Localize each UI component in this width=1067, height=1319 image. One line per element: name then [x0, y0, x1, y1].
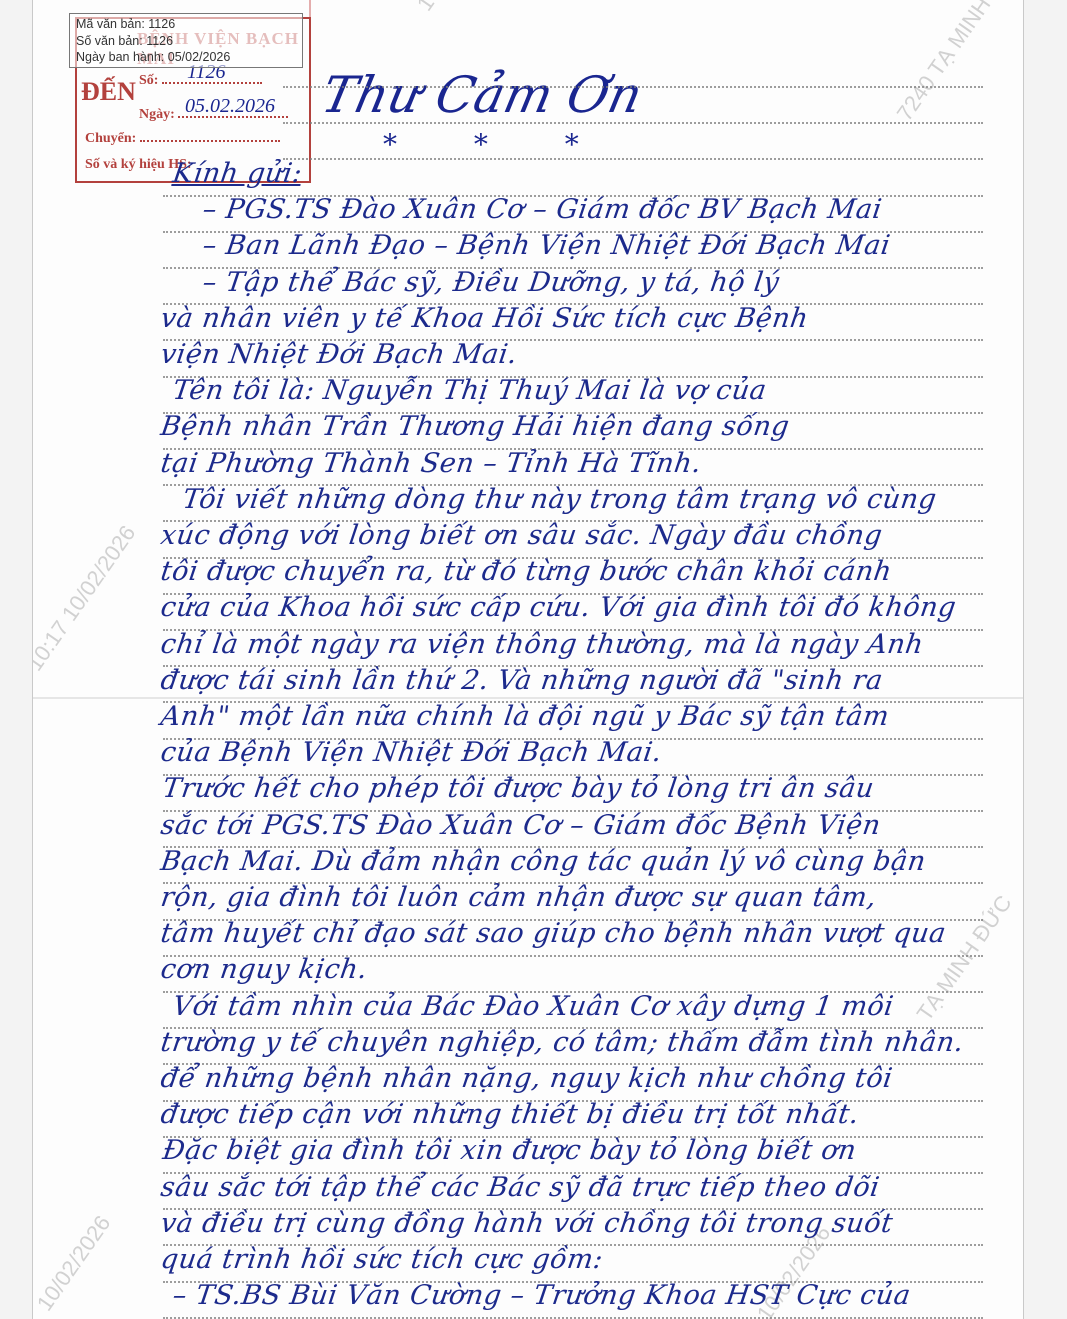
ruled-line [283, 158, 983, 160]
watermark: TẠ MINH ĐỨC [912, 891, 1018, 1026]
letter-line: quá trình hồi sức tích cực gồm: [159, 1244, 605, 1275]
letter-title: Thư Cảm Ơn [317, 66, 648, 124]
letter-line: và điều trị cùng đồng hành với chồng tôi… [159, 1208, 895, 1239]
document-code: Mã văn bản: 1126 [76, 16, 296, 33]
letter-line: Tôi viết những dòng thư này trong tâm tr… [181, 484, 939, 515]
letter-line: trường y tế chuyên nghiệp, có tâm; thấm … [159, 1027, 966, 1058]
watermark: 10:17 10/02/2026 [32, 521, 141, 676]
letter-line: Anh" một lần nữa chính là đội ngũ y Bác … [159, 701, 891, 732]
stamp-so-label: Số: [139, 73, 158, 88]
letter-line: chỉ là một ngày ra viện thông thường, mà… [159, 629, 926, 660]
ruled-line [163, 1317, 983, 1319]
ruled-line [283, 86, 983, 88]
stamp-ngay-value: 05.02.2026 [185, 95, 275, 118]
watermark: 10/02/2026 [412, 0, 496, 16]
title-ornament: * * * [383, 128, 613, 161]
letter-line: – TS.BS Bùi Văn Cường – Trưởng Khoa HST … [171, 1280, 913, 1311]
stamp-chuyen-label: Chuyển: [85, 131, 136, 146]
document-metadata-box: Mã văn bản: 1126 Số văn bản: 1126 Ngày b… [69, 13, 303, 68]
document-page: 10/02/2026 7240 TẠ MINH 10:17 10/02/2026… [32, 0, 1024, 1319]
letter-line: sâu sắc tới tập thể các Bác sỹ đã trực t… [159, 1172, 882, 1203]
issue-date: Ngày ban hành: 05/02/2026 [76, 49, 296, 66]
letter-line: Bệnh nhân Trần Thương Hải hiện đang sống [159, 411, 792, 442]
letter-line: của Bệnh Viện Nhiệt Đới Bạch Mai. [159, 737, 664, 768]
letter-line: tại Phường Thành Sen – Tỉnh Hà Tĩnh. [159, 448, 704, 479]
letter-line: sắc tới PGS.TS Đào Xuân Cơ – Giám đốc Bệ… [159, 810, 883, 841]
letter-line: được tái sinh lần thứ 2. Và những người … [159, 665, 885, 696]
stamp-ngay-label: Ngày: [139, 107, 175, 122]
paper-fold [33, 697, 1023, 699]
letter-line: cửa của Khoa hồi sức cấp cứu. Với gia đì… [159, 592, 958, 623]
letter-line: viện Nhiệt Đới Bạch Mai. [159, 339, 520, 370]
letter-line: Tên tôi là: Nguyễn Thị Thuý Mai là vợ củ… [171, 375, 769, 406]
letter-line: Với tầm nhìn của Bác Đào Xuân Cơ xây dựn… [171, 991, 896, 1022]
letter-line: – Tập thể Bác sỹ, Điều Dưỡng, y tá, hộ l… [201, 267, 781, 298]
letter-line: để những bệnh nhân nặng, nguy kịch như c… [159, 1063, 895, 1094]
watermark: 10/02/2026 [32, 1211, 116, 1316]
letter-line: cơn nguy kịch. [159, 954, 370, 985]
document-number: Số văn bản: 1126 [76, 33, 296, 50]
stamp-den-label: ĐẾN [81, 77, 136, 107]
letter-line: được tiếp cận với những thiết bị điều tr… [159, 1099, 861, 1130]
letter-line: Bạch Mai. Dù đảm nhận công tác quản lý v… [159, 846, 928, 877]
letter-line: tôi được chuyển ra, từ đó từng bước chân… [159, 556, 894, 587]
ruled-line [283, 122, 983, 124]
letter-line: xúc động với lòng biết ơn sâu sắc. Ngày … [159, 520, 885, 551]
letter-line: và nhân viên y tế Khoa Hồi Sức tích cực … [159, 303, 811, 334]
letter-line: – Ban Lãnh Đạo – Bệnh Viện Nhiệt Đới Bạc… [201, 230, 893, 261]
watermark: 7240 TẠ MINH [892, 0, 997, 126]
letter-line: – PGS.TS Đào Xuân Cơ – Giám đốc BV Bạch … [201, 194, 884, 225]
letter-line: Đặc biệt gia đình tôi xin được bày tỏ lò… [161, 1135, 859, 1166]
letter-line: tâm huyết chỉ đạo sát sao giúp cho bệnh … [159, 918, 948, 949]
salutation: Kính gửi: [171, 158, 304, 189]
letter-line: Trước hết cho phép tôi được bày tỏ lòng … [161, 773, 876, 804]
letter-line: rộn, gia đình tôi luôn cảm nhận được sự … [159, 882, 879, 913]
